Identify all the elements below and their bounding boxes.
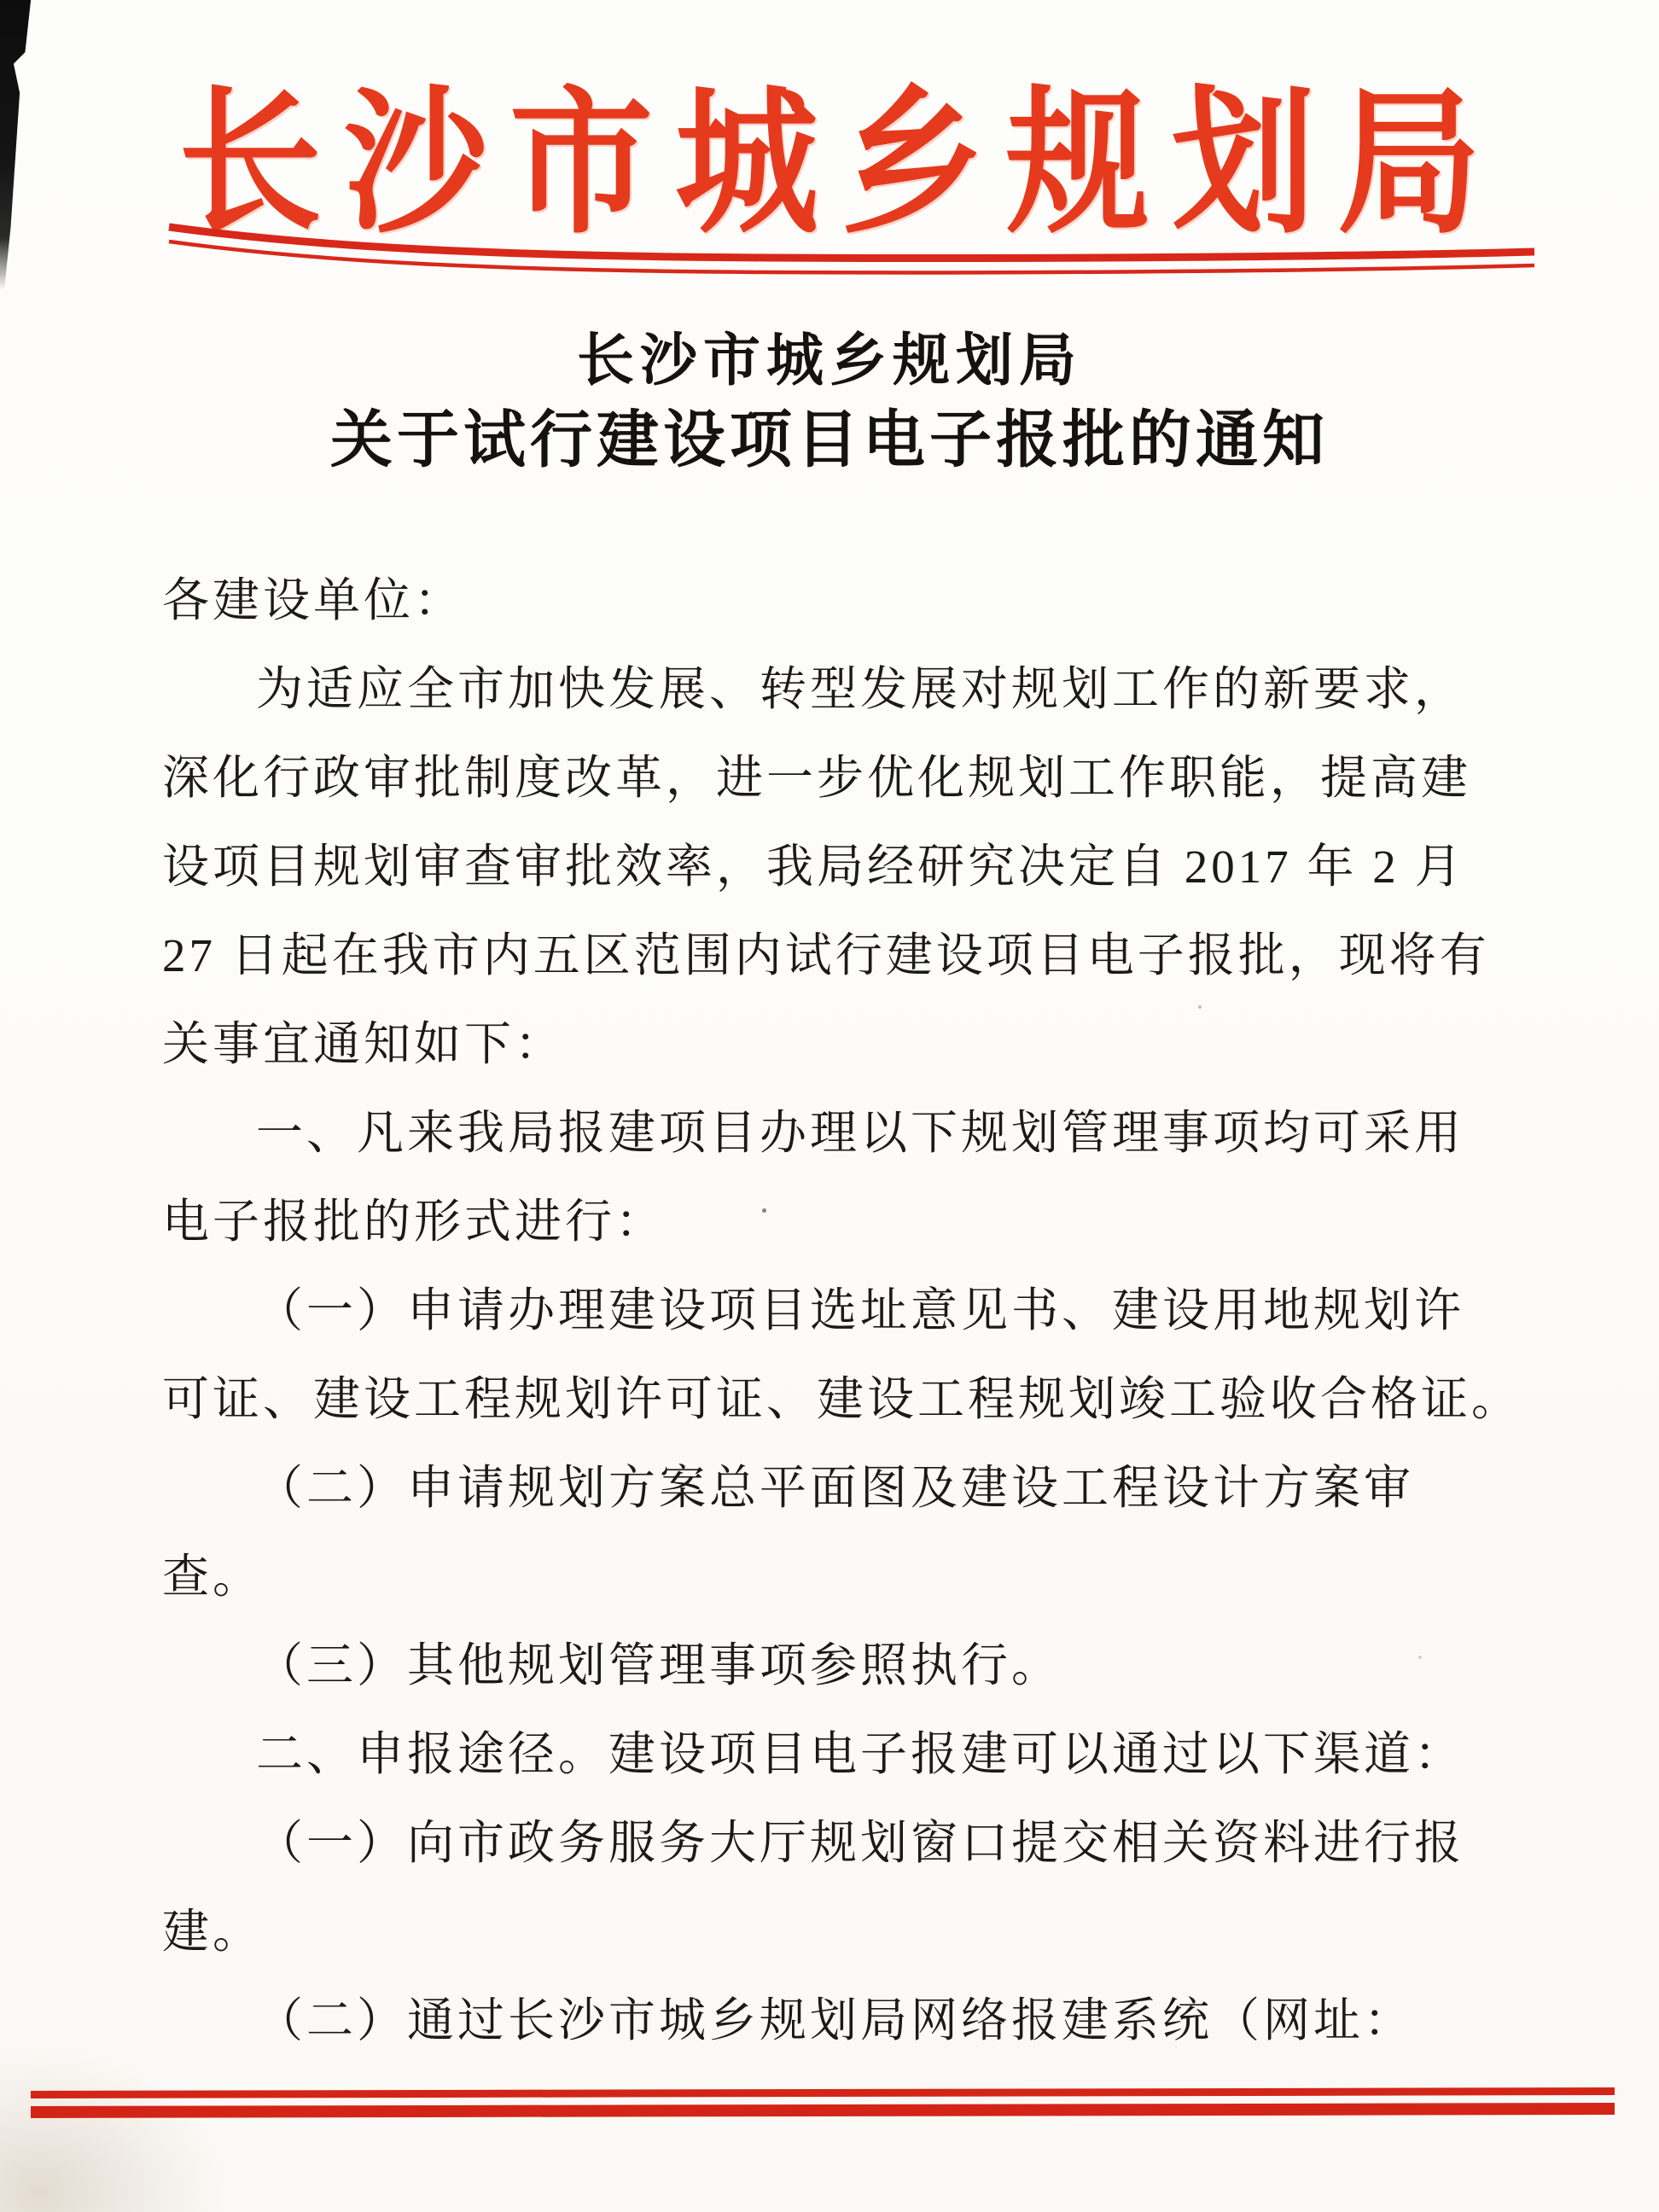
body-line: 建。 xyxy=(162,1888,1529,1976)
body-line: 深化行政审批制度改革，进一步优化规划工作职能，提高建 xyxy=(162,734,1529,823)
body-line: 可证、建设工程规划许可证、建设工程规划竣工验收合格证。 xyxy=(162,1355,1529,1444)
body-line: 查。 xyxy=(162,1533,1529,1621)
body-line: 电子报批的形式进行： xyxy=(162,1178,1529,1266)
body-line: 二、申报途径。建设项目电子报建可以通过以下渠道： xyxy=(162,1710,1529,1799)
body-line: 一、凡来我局报建项目办理以下规划管理事项均可采用 xyxy=(162,1089,1529,1178)
scan-artifact xyxy=(0,2050,222,2212)
body-line: （一）申请办理建设项目选址意见书、建设用地规划许 xyxy=(162,1266,1529,1355)
body-line: 设项目规划审查审批效率，我局经研究决定自 2017 年 2 月 xyxy=(162,823,1529,911)
body-line: 为适应全市加快发展、转型发展对规划工作的新要求， xyxy=(162,645,1529,734)
header-double-rule xyxy=(0,215,1659,283)
document-title: 长沙市城乡规划局 关于试行建设项目电子报批的通知 xyxy=(0,323,1659,481)
document-page: 长沙市城乡规划局 长沙市城乡规划局 关于试行建设项目电子报批的通知 各建设单位：… xyxy=(0,0,1659,2212)
document-title-line-2: 关于试行建设项目电子报批的通知 xyxy=(0,399,1659,481)
bottom-double-rule xyxy=(31,2103,1615,2118)
document-title-line-1: 长沙市城乡规划局 xyxy=(0,323,1659,399)
notice-body: 各建设单位： 为适应全市加快发展、转型发展对规划工作的新要求， 深化行政审批制度… xyxy=(162,556,1529,2065)
body-line: （二）申请规划方案总平面图及建设工程设计方案审 xyxy=(162,1444,1529,1533)
bottom-double-rule xyxy=(31,2087,1615,2098)
body-line: 27 日起在我市内五区范围内试行建设项目电子报批，现将有 xyxy=(162,911,1529,1000)
body-line: 关事宜通知如下： xyxy=(162,1000,1529,1089)
body-line: 各建设单位： xyxy=(162,556,1529,645)
body-line: （二）通过长沙市城乡规划局网络报建系统（网址： xyxy=(162,1976,1529,2065)
body-line: （一）向市政务服务大厅规划窗口提交相关资料进行报 xyxy=(162,1799,1529,1888)
body-line: （三）其他规划管理事项参照执行。 xyxy=(162,1621,1529,1710)
